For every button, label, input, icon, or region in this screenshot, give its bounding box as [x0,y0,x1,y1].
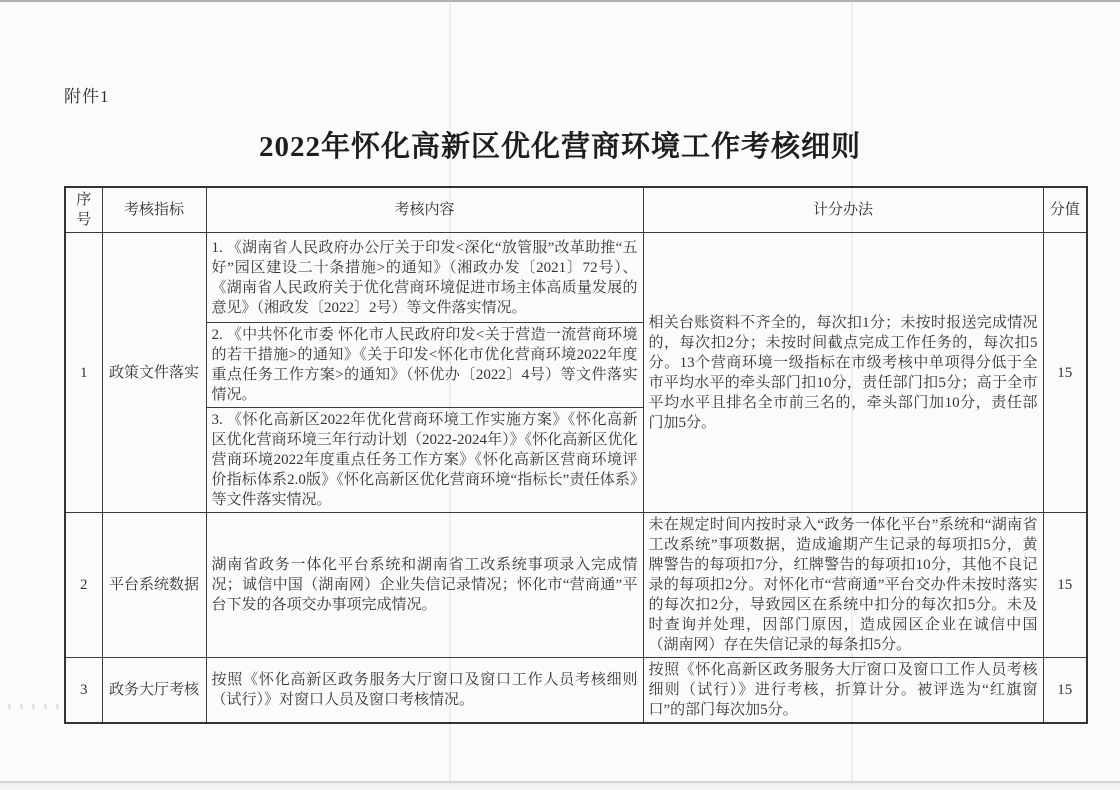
column-header-number: 序号 [65,187,102,233]
row-number-cell: 2 [65,513,102,658]
table-row: 2 平台系统数据 湖南省政务一体化平台系统和湖南省工改系统事项录入完成情况；诚信… [65,513,1087,658]
scan-bottom-edge-artifact [0,781,1120,790]
document-title: 2022年怀化高新区优化营商环境工作考核细则 [0,124,1120,165]
attachment-label: 附件1 [64,82,110,107]
content-cell: 按照《怀化高新区政务服务大厅窗口及窗口工作人员考核细则（试行）》对窗口人员及窗口… [206,658,643,724]
column-header-score: 分值 [1043,187,1087,233]
score-cell: 15 [1043,233,1087,513]
scan-top-edge-artifact [0,0,1120,2]
content-cell-item-1: 1. 《湖南省人民政府办公厅关于印发<深化“放管服”改革助推“五好”园区建设二十… [206,233,643,323]
indicator-cell: 政务大厅考核 [102,658,206,724]
table-row: 1 政策文件落实 1. 《湖南省人民政府办公厅关于印发<深化“放管服”改革助推“… [65,233,1087,323]
content-cell: 湖南省政务一体化平台系统和湖南省工改系统事项录入完成情况；诚信中国（湖南网）企业… [206,513,643,658]
content-cell-item-3: 3. 《怀化高新区2022年优化营商环境工作实施方案》《怀化高新区优化营商环境三… [206,408,643,513]
score-cell: 15 [1043,513,1087,658]
indicator-cell: 平台系统数据 [102,513,206,658]
row-number-cell: 1 [65,233,102,513]
table-row: 3 政务大厅考核 按照《怀化高新区政务服务大厅窗口及窗口工作人员考核细则（试行）… [65,658,1087,724]
column-header-indicator: 考核指标 [102,187,206,233]
scoring-cell: 未在规定时间内按时录入“政务一体化平台”系统和“湖南省工改系统”事项数据，造成逾… [643,513,1043,658]
table-header-row: 序号 考核指标 考核内容 计分办法 分值 [65,187,1087,233]
column-header-scoring: 计分办法 [643,187,1043,233]
column-header-content: 考核内容 [206,187,643,233]
content-cell-item-2: 2. 《中共怀化市委 怀化市人民政府印发<关于营造一流营商环境的若干措施>的通知… [206,323,643,408]
scoring-cell: 按照《怀化高新区政务服务大厅窗口及窗口工作人员考核细则（试行）》进行考核，折算计… [643,658,1043,724]
row-number-cell: 3 [65,658,102,724]
score-cell: 15 [1043,658,1087,724]
scan-speckle-artifact [8,704,66,709]
indicator-cell: 政策文件落实 [102,233,206,513]
scanned-document-page: 附件1 2022年怀化高新区优化营商环境工作考核细则 序号 考核指标 考核内容 … [0,0,1120,790]
assessment-table: 序号 考核指标 考核内容 计分办法 分值 1 政策文件落实 1. 《湖南省人民政… [64,186,1088,724]
scoring-cell: 相关台账资料不齐全的，每次扣1分；未按时报送完成情况的，每次扣2分；未按时间截点… [643,233,1043,513]
